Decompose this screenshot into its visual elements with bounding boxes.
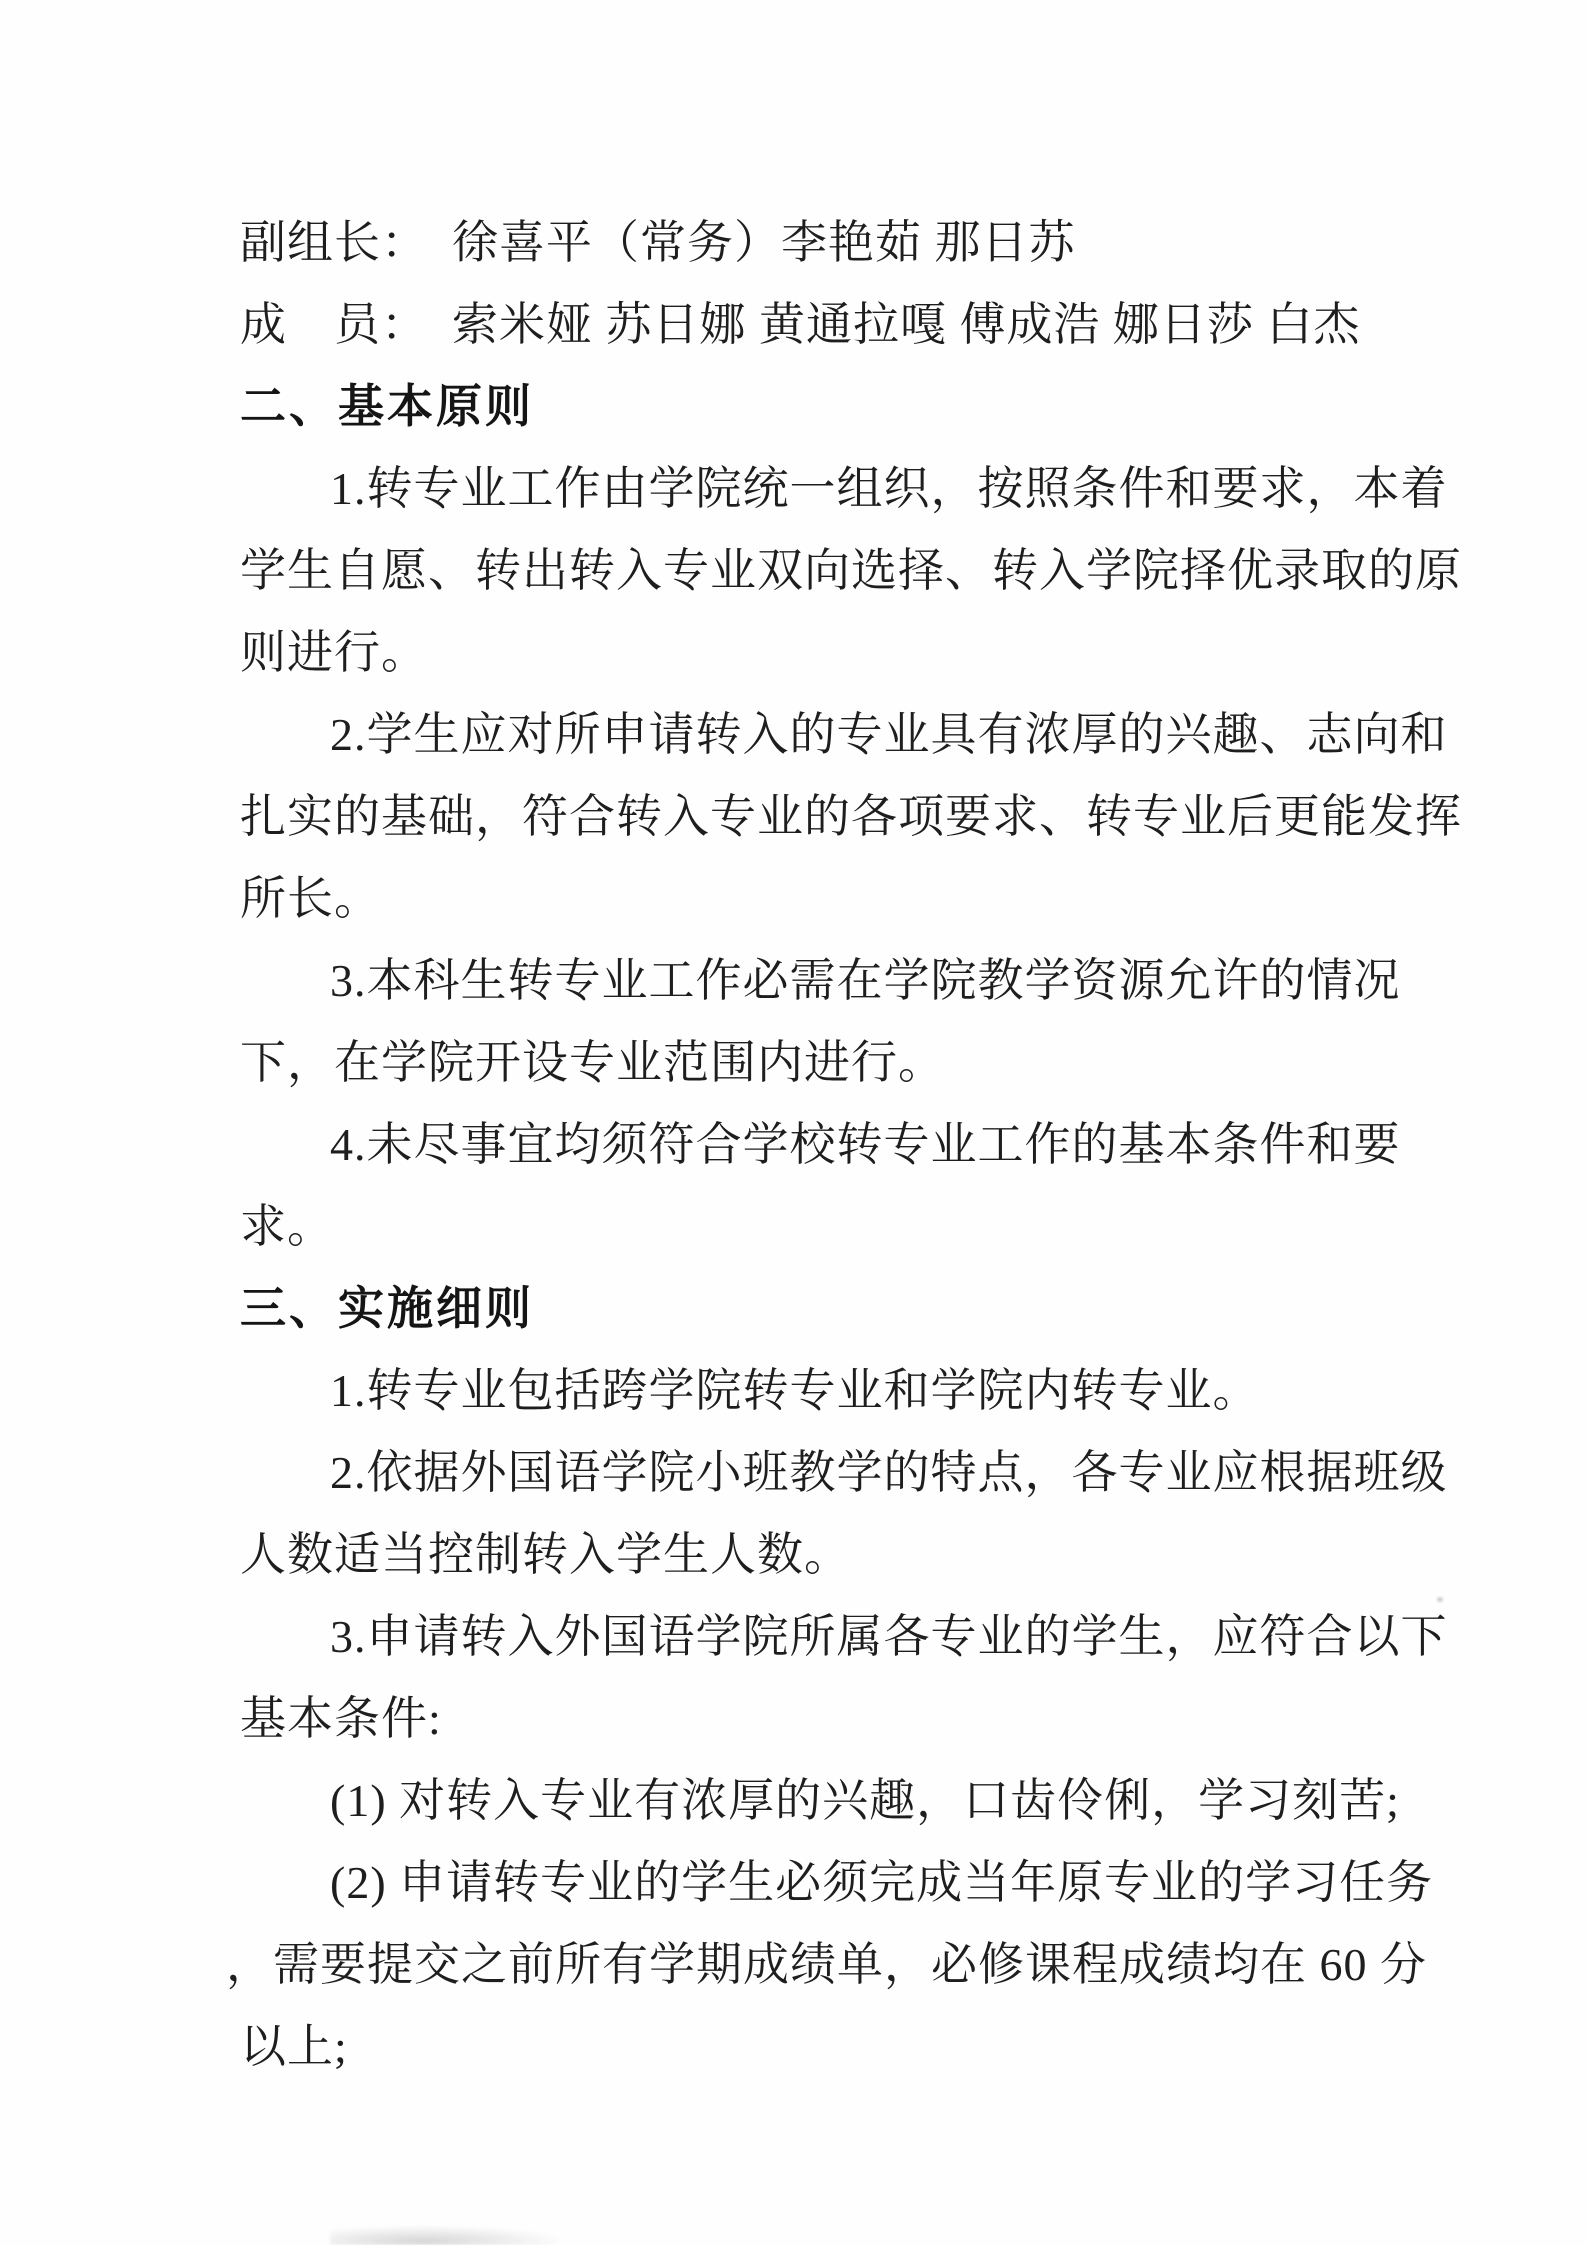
condition-2-line-2: ，需要提交之前所有学期成绩单，必修课程成绩均在 60 分 <box>226 1920 1460 2002</box>
principle-3-line-1: 3.本科生转专业工作必需在学院教学资源允许的情况 <box>240 936 1460 1018</box>
heading-basic-principles: 二、基本原则 <box>240 362 1460 444</box>
principle-2-line-3: 所长。 <box>240 854 1460 936</box>
condition-2-line-1: (2) 申请转专业的学生必须完成当年原专业的学习任务 <box>240 1838 1460 1920</box>
scan-smudge-artifact <box>330 2226 560 2245</box>
principle-1-line-2: 学生自愿、转出转入专业双向选择、转入学院择优录取的原 <box>240 526 1460 608</box>
principle-2-line-2: 扎实的基础，符合转入专业的各项要求、转专业后更能发挥 <box>240 772 1460 854</box>
principle-1-line-1: 1.转专业工作由学院统一组织，按照条件和要求，本着 <box>240 444 1460 526</box>
principle-4-line-2: 求。 <box>240 1182 1460 1264</box>
principle-1-line-3: 则进行。 <box>240 608 1460 690</box>
condition-1-line: (1) 对转入专业有浓厚的兴趣，口齿伶俐，学习刻苦; <box>240 1756 1460 1838</box>
line-members: 成 员： 索米娅 苏日娜 黄通拉嘎 傅成浩 娜日莎 白杰 <box>240 280 1460 362</box>
rule-1-line-1: 1.转专业包括跨学院转专业和学院内转专业。 <box>240 1346 1460 1428</box>
document-text-block: 副组长： 徐喜平（常务）李艳茹 那日苏 成 员： 索米娅 苏日娜 黄通拉嘎 傅成… <box>240 198 1460 2084</box>
rule-2-line-1: 2.依据外国语学院小班教学的特点，各专业应根据班级 <box>240 1428 1460 1510</box>
principle-3-line-2: 下，在学院开设专业范围内进行。 <box>240 1018 1460 1100</box>
rule-3-line-2: 基本条件: <box>240 1674 1460 1756</box>
line-deputy-leaders: 副组长： 徐喜平（常务）李艳茹 那日苏 <box>240 198 1460 280</box>
principle-4-line-1: 4.未尽事宜均须符合学校转专业工作的基本条件和要 <box>240 1100 1460 1182</box>
rule-3-line-1: 3.申请转入外国语学院所属各专业的学生，应符合以下 <box>240 1592 1460 1674</box>
scan-speck-artifact <box>1437 1597 1443 1602</box>
principle-2-line-1: 2.学生应对所申请转入的专业具有浓厚的兴趣、志向和 <box>240 690 1460 772</box>
rule-2-line-2: 人数适当控制转入学生人数。 <box>240 1510 1460 1592</box>
heading-implementation-rules: 三、实施细则 <box>240 1264 1460 1346</box>
scanned-document-page: 副组长： 徐喜平（常务）李艳茹 那日苏 成 员： 索米娅 苏日娜 黄通拉嘎 傅成… <box>0 0 1587 2245</box>
condition-2-line-3: 以上; <box>240 2002 1460 2084</box>
